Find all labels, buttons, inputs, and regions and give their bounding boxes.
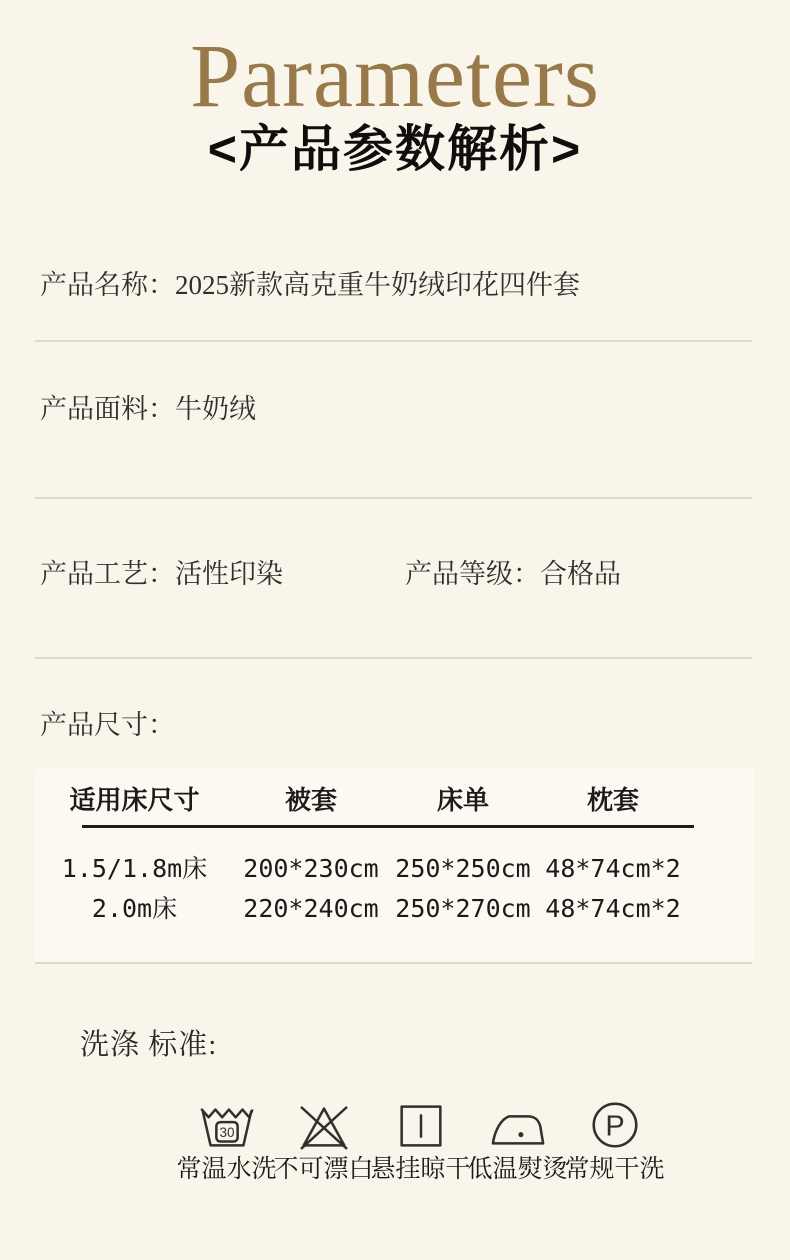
size-table-row: 1.5/1.8m床 200*230cm 250*250cm 48*74cm*2 xyxy=(35,855,688,883)
size-table-header: 床单 xyxy=(388,787,538,813)
spec-row-grade: 产品等级：合格品 xyxy=(405,561,621,588)
page-subtitle: <产品参数解析> xyxy=(0,119,790,179)
wash-care-item: 悬挂晾干 xyxy=(372,1100,469,1182)
wash-30-icon: 30 xyxy=(198,1100,256,1152)
wash-care-label: 常温水洗 xyxy=(177,1157,277,1182)
size-cell-sheet: 250*250cm xyxy=(388,855,538,883)
divider xyxy=(35,497,752,499)
size-table-header: 适用床尺寸 xyxy=(35,787,234,813)
wash-section-title: 洗涤 标准: xyxy=(80,1031,217,1060)
spec-row-product-name: 产品名称：2025新款高克重牛奶绒印花四件套 xyxy=(40,272,580,299)
product-parameters-page: Parameters <产品参数解析> 产品名称：2025新款高克重牛奶绒印花四… xyxy=(0,0,790,1260)
wash-care-item: 30 常温水洗 xyxy=(178,1100,275,1182)
spec-row-fabric: 产品面料：牛奶绒 xyxy=(40,396,256,423)
dry-clean-icon: P xyxy=(586,1100,644,1152)
size-table-header: 枕套 xyxy=(538,787,688,813)
divider xyxy=(35,340,752,342)
size-cell-duvet: 220*240cm xyxy=(234,895,388,923)
size-cell-pillow: 48*74cm*2 xyxy=(538,895,688,923)
spec-row-craft: 产品工艺：活性印染 xyxy=(40,561,283,588)
page-title: Parameters xyxy=(0,32,790,122)
product-name-label: 产品名称： xyxy=(40,270,175,300)
craft-label: 产品工艺： xyxy=(40,559,175,589)
do-not-bleach-icon xyxy=(295,1100,353,1152)
fabric-value: 牛奶绒 xyxy=(175,394,256,424)
size-cell-bed: 1.5/1.8m床 xyxy=(35,855,234,883)
wash-temp-text: 30 xyxy=(219,1125,234,1140)
size-table-row: 2.0m床 220*240cm 250*270cm 48*74cm*2 xyxy=(35,895,688,923)
product-name-value: 2025新款高克重牛奶绒印花四件套 xyxy=(175,270,580,300)
size-cell-sheet: 250*270cm xyxy=(388,895,538,923)
wash-care-label: 常规干洗 xyxy=(565,1157,665,1182)
iron-low-temp-icon xyxy=(489,1100,547,1152)
hang-dry-icon xyxy=(392,1100,450,1152)
size-cell-duvet: 200*230cm xyxy=(234,855,388,883)
wash-care-item: P 常规干洗 xyxy=(566,1100,663,1182)
size-table-header: 被套 xyxy=(234,787,388,813)
dry-clean-letter: P xyxy=(605,1111,624,1143)
size-cell-bed: 2.0m床 xyxy=(35,895,234,923)
divider xyxy=(35,657,752,659)
wash-care-label: 悬挂晾干 xyxy=(371,1157,471,1182)
wash-care-icons-row: 30 常温水洗 不可漂白 悬挂晾干 xyxy=(178,1100,663,1182)
craft-value: 活性印染 xyxy=(175,559,283,589)
wash-care-label: 不可漂白 xyxy=(274,1157,374,1182)
fabric-label: 产品面料： xyxy=(40,394,175,424)
grade-value: 合格品 xyxy=(540,559,621,589)
divider xyxy=(35,962,752,964)
wash-care-item: 低温熨烫 xyxy=(469,1100,566,1182)
size-table-header-rule xyxy=(82,825,694,828)
size-section-title: 产品尺寸： xyxy=(40,712,175,739)
size-cell-pillow: 48*74cm*2 xyxy=(538,855,688,883)
wash-care-item: 不可漂白 xyxy=(275,1100,372,1182)
grade-label: 产品等级： xyxy=(405,559,540,589)
wash-care-label: 低温熨烫 xyxy=(468,1157,568,1182)
size-table-header-row: 适用床尺寸 被套 床单 枕套 xyxy=(35,787,688,813)
